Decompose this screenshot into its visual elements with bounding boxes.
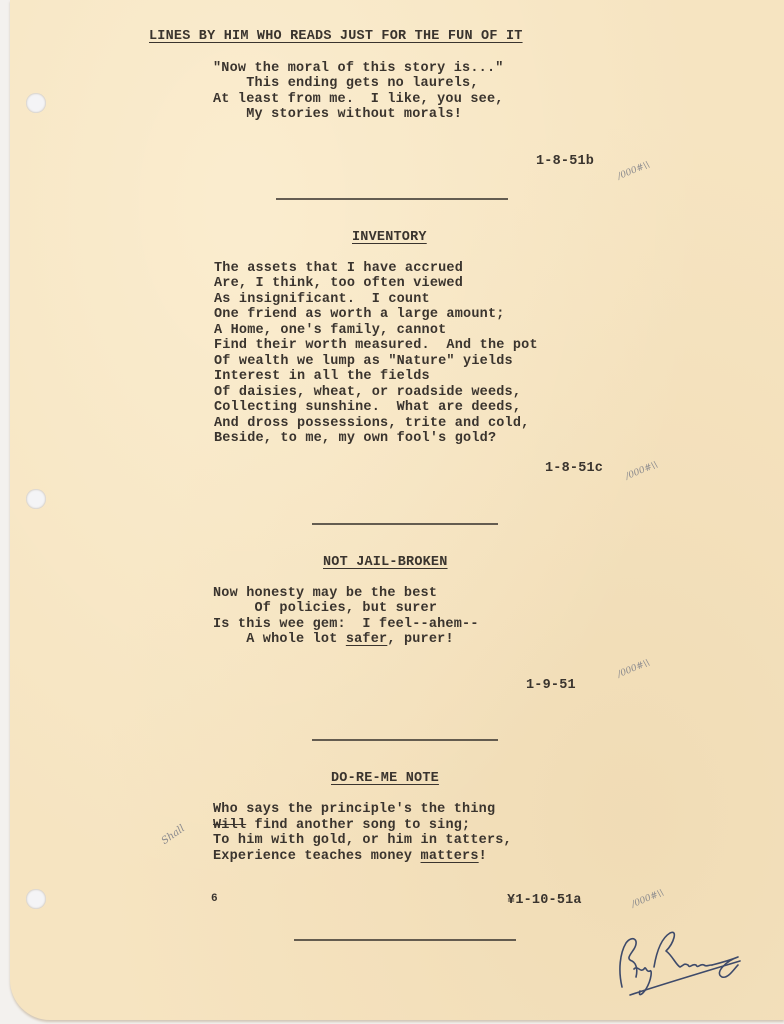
poem-line: And dross possessions, trite and cold, xyxy=(214,416,529,432)
poem-line: Of policies, but surer xyxy=(213,601,437,617)
section-divider xyxy=(276,198,508,200)
underlined-word: safer xyxy=(346,632,388,647)
poem-line: The assets that I have accrued xyxy=(214,261,463,277)
page-number: 6 xyxy=(211,892,218,908)
poem-line: Experience teaches money matters! xyxy=(213,849,487,865)
line-text: , purer! xyxy=(387,632,453,647)
poem-line: A whole lot safer, purer! xyxy=(213,632,454,648)
poem-line: "Now the moral of this story is..." xyxy=(213,61,504,77)
poem-line: Interest in all the fields xyxy=(214,369,430,385)
section-divider xyxy=(294,939,516,941)
poem-title: NOT JAIL-BROKEN xyxy=(323,555,448,571)
poem-line: Collecting sunshine. What are deeds, xyxy=(214,400,521,416)
line-text: Experience teaches money xyxy=(213,849,421,864)
punch-hole xyxy=(26,889,46,909)
poem-title: LINES BY HIM WHO READS JUST FOR THE FUN … xyxy=(149,29,523,45)
poem-title: INVENTORY xyxy=(352,230,427,246)
poem-date: ¥1-10-51a xyxy=(507,893,582,909)
poem-line: As insignificant. I count xyxy=(214,292,430,308)
poem-line: Of daisies, wheat, or roadside weeds, xyxy=(214,385,521,401)
section-divider xyxy=(312,739,498,741)
poem-date: 1-9-51 xyxy=(526,678,576,694)
poem-line: A Home, one's family, cannot xyxy=(214,323,446,339)
poem-line: Find their worth measured. And the pot xyxy=(214,338,538,354)
line-text: find another song to sing; xyxy=(246,818,470,833)
poem-line: Who says the principle's the thing xyxy=(213,802,495,818)
poem-line: One friend as worth a large amount; xyxy=(214,307,505,323)
struck-word: Will xyxy=(213,818,246,833)
poem-line: This ending gets no laurels, xyxy=(213,76,479,92)
poem-line: Of wealth we lump as "Nature" yields xyxy=(214,354,513,370)
poem-date: 1-8-51b xyxy=(536,154,594,170)
punch-hole xyxy=(26,489,46,509)
poem-title: DO-RE-ME NOTE xyxy=(331,771,439,787)
poem-line: Will find another song to sing; xyxy=(213,818,470,834)
poem-line: At least from me. I like, you see, xyxy=(213,92,504,108)
poem-line: Beside, to me, my own fool's gold? xyxy=(214,431,496,447)
section-divider xyxy=(312,523,498,525)
poem-line: Are, I think, too often viewed xyxy=(214,276,463,292)
poem-date: 1-8-51c xyxy=(545,461,603,477)
poem-line: To him with gold, or him in tatters, xyxy=(213,833,512,849)
date-text: 1-10-51a xyxy=(515,893,581,908)
punch-hole xyxy=(26,93,46,113)
line-text: ! xyxy=(479,849,487,864)
line-text: A whole lot xyxy=(213,632,346,647)
underlined-word: matters xyxy=(421,849,479,864)
poem-line: My stories without morals! xyxy=(213,107,462,123)
poem-line: Is this wee gem: I feel--ahem-- xyxy=(213,617,479,633)
poem-line: Now honesty may be the best xyxy=(213,586,437,602)
signature: Ray Romano xyxy=(610,925,750,1005)
document-page xyxy=(10,0,784,1020)
